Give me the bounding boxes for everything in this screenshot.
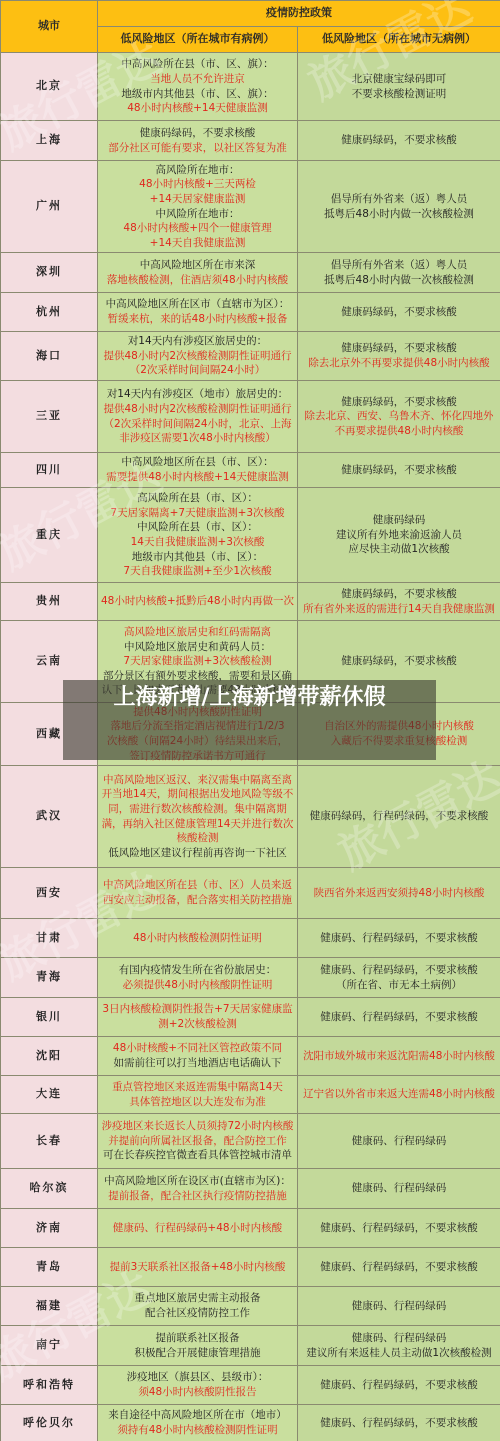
policy-line: 辽宁省以外省市来返大连需48小时内核酸 (300, 1087, 498, 1102)
city-cell: 哈尔滨 (1, 1169, 98, 1209)
policy-no-cases-cell: 健康码、行程码绿码，不要求核酸 (298, 1366, 500, 1405)
table-row: 福建重点地区旅居史需主动报备配合社区疫情防控工作健康码、行程码绿码 (1, 1287, 500, 1326)
policy-line: 核酸检测 (100, 831, 295, 846)
policy-line: 当地人员不允许进京 (100, 72, 295, 87)
policy-line: 中高风险所在县（市、区、旗）： (100, 57, 295, 72)
policy-with-cases-cell: 高风险所在地市：48小时内核酸+三天两检+14天居家健康监测中风险所在地市：48… (98, 161, 298, 253)
policy-no-cases-cell: 健康码、行程码绿码 (298, 1114, 500, 1169)
city-cell: 大连 (1, 1076, 98, 1114)
policy-line: 健康码绿码，不要求核酸 (300, 395, 498, 410)
policy-with-cases-cell: 高风险所在县（市、区）：7天居家隔离+7天健康监测+3次核酸中风险所在县（市、区… (98, 488, 298, 583)
policy-line: （2次采样时间间隔24小时，北京、上海 (100, 417, 295, 432)
policy-with-cases-cell: 来自途径中高风险地区所在市（地市）须持有48小时内核酸检测阴性证明 (98, 1405, 298, 1441)
table-row: 济南健康码、行程码绿码+48小时内核酸健康码、行程码绿码，不要求核酸 (1, 1209, 500, 1248)
policy-line: 健康码绿码，不要求核酸 (100, 126, 295, 141)
policy-line: 可在长春疾控官微查看具体管控城市清单 (100, 1148, 295, 1163)
policy-line: 48小时内核酸+四个一健康管理 (100, 221, 295, 236)
policy-with-cases-cell: 中高风险地区所在设区市(直辖市为区)：提前报备，配合社区执行疫情防控措施 (98, 1169, 298, 1209)
policy-line: 涉疫地区（旗县区、县级市）： (100, 1370, 295, 1385)
policy-no-cases-cell: 健康码绿码，不要求核酸所有省外来返的需进行14天自我健康监测 (298, 583, 500, 621)
city-cell: 长春 (1, 1114, 98, 1169)
policy-no-cases-cell: 健康码、行程码绿码建议所有来返桂人员主动做1次核酸检测 (298, 1326, 500, 1366)
city-cell: 四川 (1, 453, 98, 488)
policy-no-cases-cell: 健康码、行程码绿码，不要求核酸 (298, 1248, 500, 1287)
policy-line: 陕西省外来返西安须持48小时内核酸 (300, 886, 498, 901)
table-row: 银川3日内核酸检测阴性报告+7天居家健康监测+2次核酸检测健康码、行程码绿码，不… (1, 998, 500, 1037)
policy-line: 健康码、行程码绿码 (300, 1134, 498, 1149)
policy-line: 北京健康宝绿码即可 (300, 72, 498, 87)
table-row: 深圳中高风险地区所在市来深落地核酸检测，住酒店须48小时内核酸倡导所有外省来（返… (1, 253, 500, 293)
policy-line: 低风险地区建议行程前再咨询一下社区 (100, 846, 295, 861)
policy-with-cases-cell: 提前3天联系社区报备+48小时内核酸 (98, 1248, 298, 1287)
policy-with-cases-cell: 有国内疫情发生所在省份旅居史：必须提供48小时内核酸阴性证明 (98, 958, 298, 998)
policy-no-cases-cell: 倡导所有外省来（返）粤人员抵粤后48小时内做一次核酸检测 (298, 253, 500, 293)
table-row: 青岛提前3天联系社区报备+48小时内核酸健康码、行程码绿码，不要求核酸 (1, 1248, 500, 1287)
table-row: 大连重点管控地区来返连需集中隔离14天具体管控地区以大连发布为准辽宁省以外省市来… (1, 1076, 500, 1114)
policy-line: 倡导所有外省来（返）粤人员 (300, 192, 498, 207)
policy-no-cases-cell: 健康码绿码建议所有外地来渝返渝人员应尽快主动做1次核酸 (298, 488, 500, 583)
policy-line: 高风险地区旅居史和红码需隔离 (100, 625, 295, 640)
policy-no-cases-cell: 健康码绿码，不要求核酸 (298, 121, 500, 161)
city-cell: 广州 (1, 161, 98, 253)
policy-with-cases-cell: 提前联系社区报备积极配合开展健康管理措施 (98, 1326, 298, 1366)
city-cell: 武汉 (1, 766, 98, 868)
policy-line: 健康码、行程码绿码，不要求核酸 (300, 1010, 498, 1025)
policy-line: 健康码、行程码绿码，不要求核酸 (300, 1416, 498, 1431)
policy-line: 提供48小时内2次核酸检测阴性证明通行 (100, 349, 295, 364)
policy-no-cases-cell: 健康码绿码，行程码绿码，不要求核酸 (298, 766, 500, 868)
policy-with-cases-cell: 中高风险地区所在县（市、区）：需要提供48小时内核酸+14天健康监测 (98, 453, 298, 488)
policy-line: 所有省外来返的需进行14天自我健康监测 (300, 602, 498, 617)
city-cell: 青海 (1, 958, 98, 998)
policy-line: 涉疫地区来长返长人员须持72小时内核酸 (100, 1119, 295, 1134)
policy-line: +14天自我健康监测 (100, 236, 295, 251)
policy-with-cases-cell: 涉疫地区来长返长人员须持72小时内核酸并提前向所属社区报备，配合防控工作可在长春… (98, 1114, 298, 1169)
policy-with-cases-cell: 对14天内有涉疫区（地市）旅居史的：提供48小时内2次核酸检测阴性证明通行（2次… (98, 381, 298, 453)
policy-line: 健康码、行程码绿码，不要求核酸 (300, 963, 498, 978)
policy-line: 应尽快主动做1次核酸 (300, 542, 498, 557)
policy-line: 开当地14天，期间根据出发地风险等级不 (100, 787, 295, 802)
policy-line: 满，再纳入社区健康管理14天并进行数次 (100, 817, 295, 832)
policy-line: 健康码、行程码绿码+48小时内核酸 (100, 1221, 295, 1236)
policy-line: 7天自我健康监测+至少1次核酸 (100, 564, 295, 579)
table-row: 四川中高风险地区所在县（市、区）：需要提供48小时内核酸+14天健康监测健康码绿… (1, 453, 500, 488)
policy-no-cases-cell: 沈阳市域外城市来返沈阳需48小时内核酸 (298, 1037, 500, 1076)
policy-line: 重点管控地区来返连需集中隔离14天 (100, 1080, 295, 1095)
policy-line: 具体管控地区以大连发布为准 (100, 1095, 295, 1110)
policy-line: 倡导所有外省来（返）粤人员 (300, 258, 498, 273)
table-row: 武汉中高风险地区返汉、来汉需集中隔离至离开当地14天，期间根据出发地风险等级不同… (1, 766, 500, 868)
policy-no-cases-cell: 健康码、行程码绿码 (298, 1287, 500, 1326)
policy-with-cases-cell: 健康码绿码，不要求核酸部分社区可能有要求，以社区答复为准 (98, 121, 298, 161)
policy-line: 抵粤后48小时内做一次核酸检测 (300, 207, 498, 222)
table-row: 杭州中高风险地区所在区市（直辖市为区）：暂缓来杭，来的话48小时内核酸+报备健康… (1, 293, 500, 332)
policy-line: 健康码绿码，不要求核酸 (300, 463, 498, 478)
table-row: 沈阳48小时核酸+不同社区管控政策不同如需前往可以打当地酒店电话确认下沈阳市域外… (1, 1037, 500, 1076)
city-cell: 重庆 (1, 488, 98, 583)
policy-line: 部分社区可能有要求，以社区答复为准 (100, 141, 295, 156)
policy-no-cases-cell: 陕西省外来返西安须持48小时内核酸 (298, 868, 500, 919)
table-row: 广州高风险所在地市：48小时内核酸+三天两检+14天居家健康监测中风险所在地市：… (1, 161, 500, 253)
policy-line: 7天居家隔离+7天健康监测+3次核酸 (100, 506, 295, 521)
policy-line: 同，需进行数次核酸检测。集中隔离期 (100, 802, 295, 817)
city-cell: 南宁 (1, 1326, 98, 1366)
overlay-title: 上海新增/上海新增带薪休假 (63, 683, 436, 713)
policy-no-cases-cell: 健康码绿码，不要求核酸 (298, 453, 500, 488)
table-row: 南宁提前联系社区报备积极配合开展健康管理措施健康码、行程码绿码建议所有来返桂人员… (1, 1326, 500, 1366)
policy-line: 中高风险地区返汉、来汉需集中隔离至离 (100, 773, 295, 788)
policy-line: 落地核酸检测，住酒店须48小时内核酸 (100, 273, 295, 288)
policy-line: 须48小时内核酸阴性报告 (100, 1385, 295, 1400)
policy-line: 不再要求提供48小时内核酸 (300, 424, 498, 439)
table-row: 青海有国内疫情发生所在省份旅居史：必须提供48小时内核酸阴性证明健康码、行程码绿… (1, 958, 500, 998)
policy-line: 提前联系社区报备 (100, 1331, 295, 1346)
policy-line: 沈阳市域外城市来返沈阳需48小时内核酸 (300, 1049, 498, 1064)
policy-line: 提前报备，配合社区执行疫情防控措施 (100, 1189, 295, 1204)
policy-line: 中风险所在地市： (100, 207, 295, 222)
policy-no-cases-cell: 北京健康宝绿码即可不要求核酸检测证明 (298, 53, 500, 121)
policy-line: 健康码、行程码绿码，不要求核酸 (300, 1378, 498, 1393)
table-row: 贵州48小时内核酸+抵黔后48小时内再做一次健康码绿码，不要求核酸所有省外来返的… (1, 583, 500, 621)
policy-line: 健康码、行程码绿码，不要求核酸 (300, 1221, 498, 1236)
policy-no-cases-cell: 健康码、行程码绿码 (298, 1169, 500, 1209)
policy-line: 48小时核酸+不同社区管控政策不同 (100, 1041, 295, 1056)
policy-with-cases-cell: 重点地区旅居史需主动报备配合社区疫情防控工作 (98, 1287, 298, 1326)
policy-line: 高风险所在地市： (100, 163, 295, 178)
policy-with-cases-cell: 3日内核酸检测阴性报告+7天居家健康监测+2次核酸检测 (98, 998, 298, 1037)
policy-line: 必须提供48小时内核酸阴性证明 (100, 978, 295, 993)
city-cell: 海口 (1, 332, 98, 381)
header-city: 城市 (1, 1, 98, 53)
policy-line: 中高风险地区所在县（市、区）人员来返 (100, 878, 295, 893)
table-row: 上海健康码绿码，不要求核酸部分社区可能有要求，以社区答复为准健康码绿码，不要求核… (1, 121, 500, 161)
policy-no-cases-cell: 健康码、行程码绿码，不要求核酸 (298, 1209, 500, 1248)
policy-line: 健康码、行程码绿码 (300, 1299, 498, 1314)
policy-line: 3日内核酸检测阴性报告+7天居家健康监 (100, 1002, 295, 1017)
policy-with-cases-cell: 对14天内有涉疫区旅居史的：提供48小时内2次核酸检测阴性证明通行（2次采样时间… (98, 332, 298, 381)
policy-line: 建议所有来返桂人员主动做1次核酸检测 (300, 1346, 498, 1361)
policy-with-cases-cell: 48小时核酸+不同社区管控政策不同如需前往可以打当地酒店电话确认下 (98, 1037, 298, 1076)
city-cell: 济南 (1, 1209, 98, 1248)
policy-line: 配合社区疫情防控工作 (100, 1306, 295, 1321)
policy-with-cases-cell: 涉疫地区（旗县区、县级市）：须48小时内核酸阴性报告 (98, 1366, 298, 1405)
policy-no-cases-cell: 倡导所有外省来（返）粤人员抵粤后48小时内做一次核酸检测 (298, 161, 500, 253)
table-row: 长春涉疫地区来长返长人员须持72小时内核酸并提前向所属社区报备，配合防控工作可在… (1, 1114, 500, 1169)
policy-with-cases-cell: 中高风险地区所在县（市、区）人员来返西安应主动报备，配合落实相关防控措施 (98, 868, 298, 919)
policy-line: 来自途径中高风险地区所在市（地市） (100, 1408, 295, 1423)
policy-line: 建议所有外地来渝返渝人员 (300, 528, 498, 543)
policy-line: 对14天内有涉疫区旅居史的： (100, 334, 295, 349)
policy-line: 测+2次核酸检测 (100, 1017, 295, 1032)
city-cell: 北京 (1, 53, 98, 121)
policy-line: 健康码、行程码绿码 (300, 1181, 498, 1196)
policy-line: 不要求核酸检测证明 (300, 87, 498, 102)
city-cell: 福建 (1, 1287, 98, 1326)
policy-line: 提供48小时内2次核酸检测阴性证明通行 (100, 402, 295, 417)
policy-line: 健康码绿码 (300, 513, 498, 528)
city-cell: 杭州 (1, 293, 98, 332)
table-row: 西安中高风险地区所在县（市、区）人员来返西安应主动报备，配合落实相关防控措施陕西… (1, 868, 500, 919)
policy-line: 中风险地区旅居史和黄码人员： (100, 640, 295, 655)
table-row: 呼和浩特涉疫地区（旗县区、县级市）：须48小时内核酸阴性报告健康码、行程码绿码，… (1, 1366, 500, 1405)
policy-with-cases-cell: 48小时内核酸检测阴性证明 (98, 919, 298, 958)
city-cell: 沈阳 (1, 1037, 98, 1076)
policy-with-cases-cell: 重点管控地区来返连需集中隔离14天具体管控地区以大连发布为准 (98, 1076, 298, 1114)
policy-line: 中风险所在县（市、区）： (100, 520, 295, 535)
city-cell: 上海 (1, 121, 98, 161)
policy-line: 48小时内核酸+三天两检 (100, 177, 295, 192)
policy-line: 并提前向所属社区报备，配合防控工作 (100, 1134, 295, 1149)
policy-no-cases-cell: 辽宁省以外省市来返大连需48小时内核酸 (298, 1076, 500, 1114)
policy-line: 中高风险地区所在市来深 (100, 258, 295, 273)
policy-line: 非涉疫区需要1次48小时内核酸） (100, 431, 295, 446)
policy-line: 地级市内其他县（市、区、旗）： (100, 87, 295, 102)
policy-line: 重点地区旅居史需主动报备 (100, 1291, 295, 1306)
policy-line: 中高风险地区所在县（市、区）： (100, 455, 295, 470)
policy-with-cases-cell: 健康码、行程码绿码+48小时内核酸 (98, 1209, 298, 1248)
policy-line: （2次采样时间间隔24小时） (100, 363, 295, 378)
policy-line: 健康码、行程码绿码，不要求核酸 (300, 1260, 498, 1275)
policy-line: 有国内疫情发生所在省份旅居史： (100, 963, 295, 978)
policy-no-cases-cell: 健康码、行程码绿码，不要求核酸 (298, 919, 500, 958)
policy-line: 健康码绿码，不要求核酸 (300, 587, 498, 602)
city-cell: 呼伦贝尔 (1, 1405, 98, 1441)
policy-line: 高风险所在县（市、区）： (100, 491, 295, 506)
policy-no-cases-cell: 健康码绿码，不要求核酸除去北京外不再要求提供48小时内核酸 (298, 332, 500, 381)
policy-line: 如需前往可以打当地酒店电话确认下 (100, 1056, 295, 1071)
policy-line: 48小时内核酸检测阴性证明 (100, 931, 295, 946)
header-col-with-cases: 低风险地区（所在城市有病例） (98, 27, 298, 53)
policy-with-cases-cell: 中高风险地区所在市来深落地核酸检测，住酒店须48小时内核酸 (98, 253, 298, 293)
policy-line: 健康码绿码，不要求核酸 (300, 341, 498, 356)
policy-line: 抵粤后48小时内做一次核酸检测 (300, 273, 498, 288)
policy-line: 7天居家健康监测+3次核酸检测 (100, 654, 295, 669)
policy-with-cases-cell: 中高风险地区所在区市（直辖市为区）：暂缓来杭，来的话48小时内核酸+报备 (98, 293, 298, 332)
policy-with-cases-cell: 中高风险所在县（市、区、旗）：当地人员不允许进京地级市内其他县（市、区、旗）：4… (98, 53, 298, 121)
table-row: 三亚对14天内有涉疫区（地市）旅居史的：提供48小时内2次核酸检测阴性证明通行（… (1, 381, 500, 453)
policy-line: 健康码、行程码绿码，不要求核酸 (300, 931, 498, 946)
policy-line: 48小时内核酸+14天健康监测 (100, 101, 295, 116)
policy-line: 须持有48小时内核酸检测阴性证明 (100, 1423, 295, 1438)
policy-line: 对14天内有涉疫区（地市）旅居史的： (100, 387, 295, 402)
policy-with-cases-cell: 中高风险地区返汉、来汉需集中隔离至离开当地14天，期间根据出发地风险等级不同，需… (98, 766, 298, 868)
header-policy-group: 疫情防控政策 (98, 1, 500, 27)
table-row: 甘肃48小时内核酸检测阴性证明健康码、行程码绿码，不要求核酸 (1, 919, 500, 958)
policy-line: 中高风险地区所在设区市(直辖市为区)： (100, 1174, 295, 1189)
policy-no-cases-cell: 健康码、行程码绿码，不要求核酸（所在省、市无本土病例） (298, 958, 500, 998)
policy-with-cases-cell: 48小时内核酸+抵黔后48小时内再做一次 (98, 583, 298, 621)
city-cell: 青岛 (1, 1248, 98, 1287)
policy-line: 健康码绿码，不要求核酸 (300, 305, 498, 320)
policy-line: 健康码绿码，不要求核酸 (300, 133, 498, 148)
table-row: 北京中高风险所在县（市、区、旗）：当地人员不允许进京地级市内其他县（市、区、旗）… (1, 53, 500, 121)
policy-line: 健康码绿码，行程码绿码，不要求核酸 (300, 809, 498, 824)
policy-line: （所在省、市无本土病例） (300, 978, 498, 993)
city-cell: 呼和浩特 (1, 1366, 98, 1405)
city-cell: 深圳 (1, 253, 98, 293)
policy-line: 除去北京、西安、乌鲁木齐、怀化四地外 (300, 409, 498, 424)
policy-line: 除去北京外不再要求提供48小时内核酸 (300, 356, 498, 371)
policy-line: 健康码绿码，不要求核酸 (300, 654, 498, 669)
policy-line: 暂缓来杭，来的话48小时内核酸+报备 (100, 312, 295, 327)
table-row: 哈尔滨中高风险地区所在设区市(直辖市为区)：提前报备，配合社区执行疫情防控措施健… (1, 1169, 500, 1209)
policy-line: 提前3天联系社区报备+48小时内核酸 (100, 1260, 295, 1275)
table-row: 重庆高风险所在县（市、区）：7天居家隔离+7天健康监测+3次核酸中风险所在县（市… (1, 488, 500, 583)
policy-line: 48小时内核酸+抵黔后48小时内再做一次 (100, 594, 295, 609)
table-row: 呼伦贝尔来自途径中高风险地区所在市（地市）须持有48小时内核酸检测阴性证明健康码… (1, 1405, 500, 1441)
policy-no-cases-cell: 健康码绿码，不要求核酸除去北京、西安、乌鲁木齐、怀化四地外不再要求提供48小时内… (298, 381, 500, 453)
city-cell: 西安 (1, 868, 98, 919)
policy-line: 需要提供48小时内核酸+14天健康监测 (100, 470, 295, 485)
city-cell: 甘肃 (1, 919, 98, 958)
header-col-no-cases: 低风险地区（所在城市无病例） (298, 27, 500, 53)
policy-no-cases-cell: 健康码绿码，不要求核酸 (298, 293, 500, 332)
policy-line: +14天居家健康监测 (100, 192, 295, 207)
table-row: 海口对14天内有涉疫区旅居史的：提供48小时内2次核酸检测阴性证明通行（2次采样… (1, 332, 500, 381)
city-cell: 贵州 (1, 583, 98, 621)
policy-no-cases-cell: 健康码、行程码绿码，不要求核酸 (298, 998, 500, 1037)
policy-line: 西安应主动报备，配合落实相关防控措施 (100, 893, 295, 908)
policy-no-cases-cell: 健康码、行程码绿码，不要求核酸 (298, 1405, 500, 1441)
city-cell: 银川 (1, 998, 98, 1037)
policy-line: 积极配合开展健康管理措施 (100, 1346, 295, 1361)
policy-line: 地级市内其他县（市、区）： (100, 550, 295, 565)
policy-line: 14天自我健康监测+3次核酸 (100, 535, 295, 550)
policy-line: 健康码、行程码绿码 (300, 1331, 498, 1346)
policy-line: 中高风险地区所在区市（直辖市为区）： (100, 297, 295, 312)
city-cell: 三亚 (1, 381, 98, 453)
